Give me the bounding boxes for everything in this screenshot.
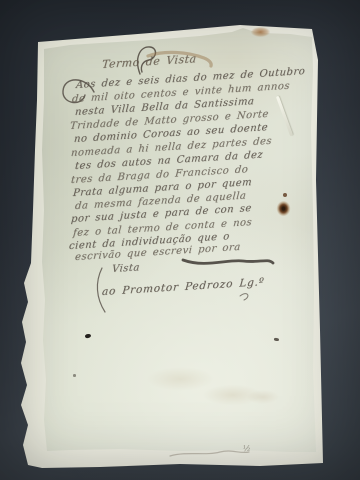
edge-note: ½: [243, 444, 251, 453]
signature-line: ao Promotor Pedrozo Lg.º: [102, 276, 265, 298]
closing-word: Vista: [112, 262, 141, 275]
photo-backdrop: Termo de Vista Aos dez e seis dias do me…: [0, 0, 360, 480]
document-heading: Termo de Vista: [101, 52, 197, 71]
handwritten-text-block: Termo de Vista Aos dez e seis dias do me…: [0, 0, 360, 480]
